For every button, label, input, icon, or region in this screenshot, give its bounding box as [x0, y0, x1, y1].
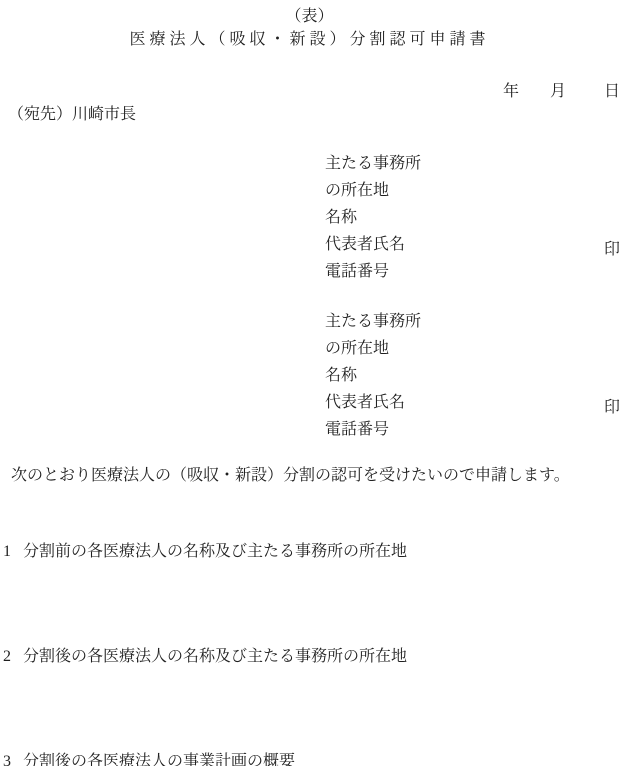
- phone-number-label: 電話番号: [325, 416, 421, 443]
- item-text: 分割後の各医療法人の事業計画の概要: [23, 753, 295, 766]
- item-number: 1: [3, 543, 23, 561]
- page-side-label: （表）: [0, 3, 619, 26]
- document-title: 医療法人（吸収・新設）分割認可申請書: [0, 26, 619, 49]
- date-day-label: 日: [604, 78, 619, 101]
- phone-number-label: 電話番号: [325, 258, 421, 285]
- corporation-name-label: 名称: [325, 362, 421, 389]
- application-form-page: （表） 医療法人（吸収・新設）分割認可申請書 年 月 日 （宛先）川崎市長 主た…: [0, 0, 619, 766]
- list-item-1: 1分割前の各医療法人の名称及び主たる事務所の所在地: [3, 538, 407, 561]
- item-text: 分割後の各医療法人の名称及び主たる事務所の所在地: [23, 648, 407, 665]
- office-address-label-line1: 主たる事務所: [325, 308, 421, 335]
- office-address-label-line2: の所在地: [325, 177, 421, 204]
- corporation-name-label: 名称: [325, 204, 421, 231]
- date-year-label: 年: [503, 78, 519, 101]
- applicant-block-2: 主たる事務所 の所在地 名称 代表者氏名 電話番号: [325, 308, 421, 443]
- applicant-block-1: 主たる事務所 の所在地 名称 代表者氏名 電話番号: [325, 150, 421, 285]
- seal-mark-2: 印: [604, 394, 619, 417]
- item-text: 分割前の各医療法人の名称及び主たる事務所の所在地: [23, 543, 407, 560]
- addressee-line: （宛先）川崎市長: [8, 101, 136, 124]
- item-number: 3: [3, 753, 23, 766]
- list-item-3: 3分割後の各医療法人の事業計画の概要: [3, 748, 295, 766]
- seal-mark-1: 印: [604, 236, 619, 259]
- application-statement: 次のとおり医療法人の（吸収・新設）分割の認可を受けたいので申請します。: [11, 462, 570, 485]
- representative-name-label: 代表者氏名: [325, 389, 421, 416]
- item-number: 2: [3, 648, 23, 666]
- office-address-label-line1: 主たる事務所: [325, 150, 421, 177]
- representative-name-label: 代表者氏名: [325, 231, 421, 258]
- office-address-label-line2: の所在地: [325, 335, 421, 362]
- date-month-label: 月: [550, 78, 566, 101]
- list-item-2: 2分割後の各医療法人の名称及び主たる事務所の所在地: [3, 643, 407, 666]
